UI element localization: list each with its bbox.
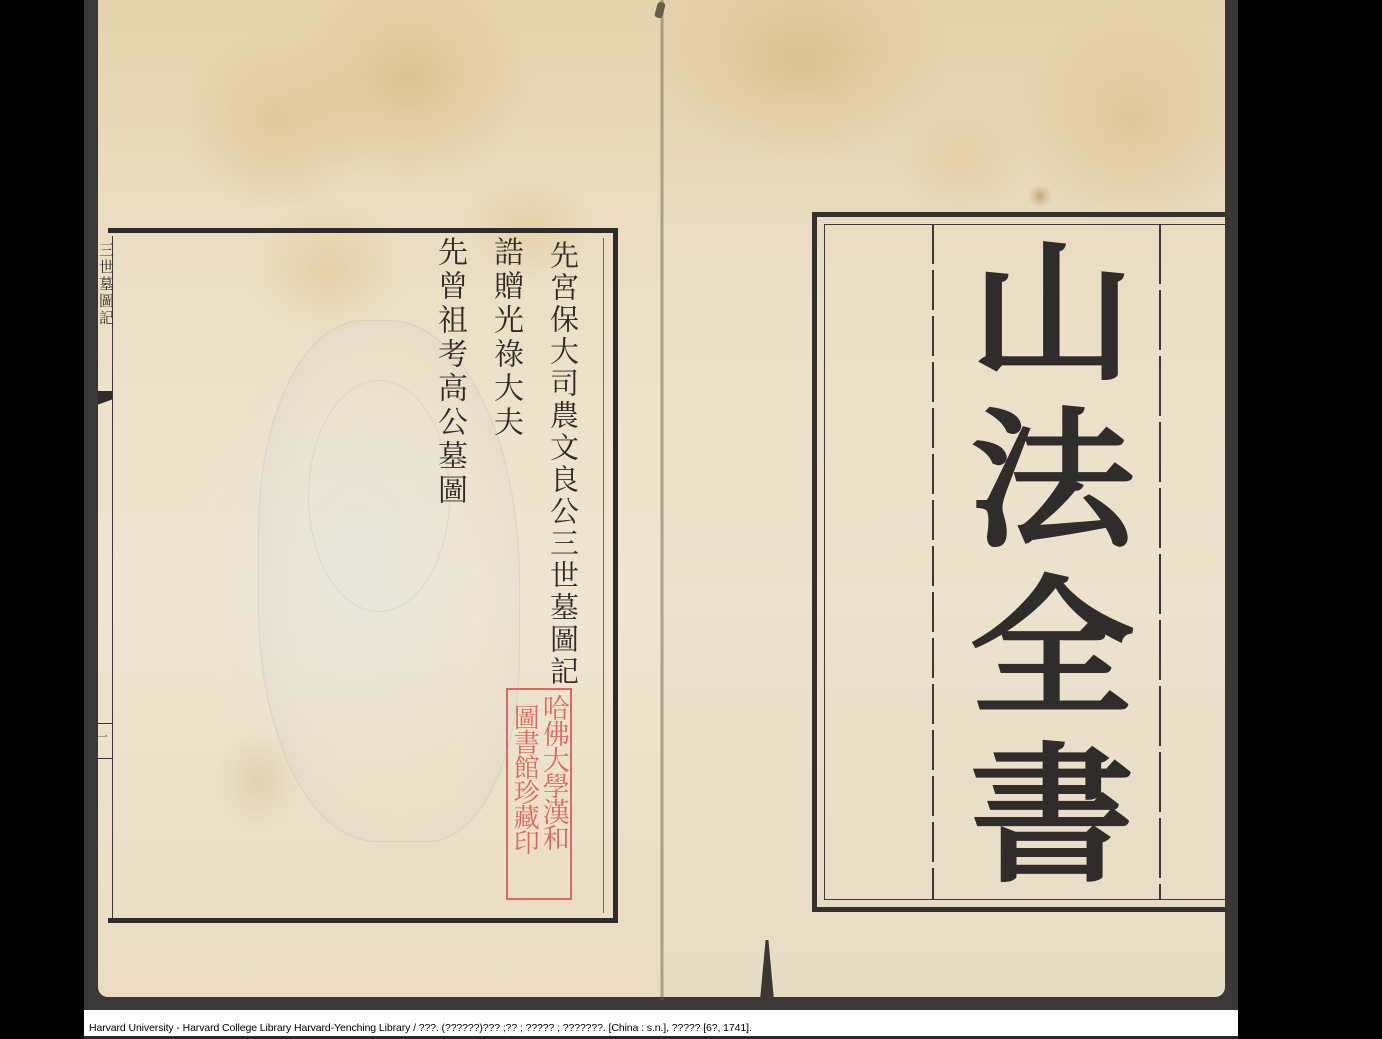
block-center-title: 三世墓圖記 — [98, 242, 117, 327]
frame-right-inner-line — [603, 238, 604, 913]
right-page: 山 法 全 書 — [662, 0, 1225, 997]
text-column-2: 誥贈光祿大夫 — [490, 236, 520, 440]
frame-left-line — [112, 236, 113, 918]
block-center-rule — [98, 723, 112, 724]
image-caption-bar: Harvard University - Harvard College Lib… — [84, 1010, 1238, 1039]
block-center-rule — [98, 758, 112, 759]
title-char-4: 書 — [969, 741, 1134, 891]
title-frame: 山 法 全 書 — [812, 212, 1225, 912]
title-frame-divider-right — [1159, 224, 1161, 900]
library-seal-stamp: 哈佛大學漢和 圖書館珍藏印 — [506, 688, 572, 900]
title-char-1: 山 — [969, 239, 1134, 389]
book-gutter-fold — [660, 0, 664, 1000]
image-viewer[interactable]: 三世墓圖記 一 先宮保大司農文良公三世墓圖記 誥贈光祿大夫 先曾祖考高公墓圖 哈… — [84, 0, 1238, 1010]
title-char-2: 法 — [969, 406, 1134, 556]
title-frame-divider-left — [932, 224, 934, 900]
book-title: 山 法 全 書 — [946, 230, 1158, 900]
frame-right-border — [613, 228, 618, 923]
frame-bottom-border — [108, 918, 618, 923]
frame-top-border — [108, 228, 618, 233]
text-column-3: 先曾祖考高公墓圖 — [434, 236, 464, 508]
seal-text-column-1: 哈佛大學漢和 — [540, 694, 567, 894]
left-page: 三世墓圖記 一 先宮保大司農文良公三世墓圖記 誥贈光祿大夫 先曾祖考高公墓圖 哈… — [98, 0, 662, 997]
page-edge-tear — [760, 940, 774, 997]
left-page-frame: 三世墓圖記 一 先宮保大司農文良公三世墓圖記 誥贈光祿大夫 先曾祖考高公墓圖 哈… — [108, 228, 618, 922]
text-column-1: 先宮保大司農文良公三世墓圖記 — [548, 240, 577, 688]
seal-text-column-2: 圖書館珍藏印 — [511, 694, 537, 894]
title-char-3: 全 — [969, 574, 1134, 724]
fish-tail-mark-icon — [98, 391, 112, 411]
block-center-page-number: 一 — [98, 728, 110, 745]
image-caption-text: Harvard University - Harvard College Lib… — [89, 1022, 752, 1034]
